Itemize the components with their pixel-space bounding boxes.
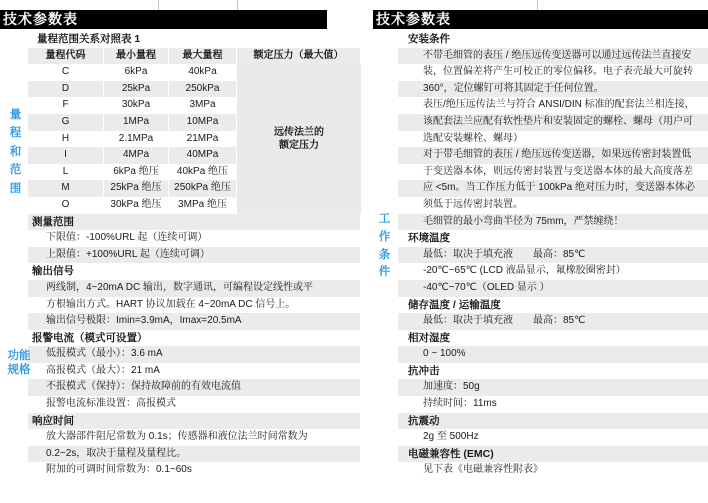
merged-cell-line: 额定压力	[279, 139, 319, 152]
sidebar-label-char: 范	[7, 161, 24, 179]
section-heading: 安装条件	[398, 31, 708, 48]
sidebar-label-line: 功能	[4, 349, 34, 363]
sidebar-label-char: 件	[376, 264, 393, 282]
range-table-header-cell: 额定压力（最大值）	[236, 48, 360, 65]
spec-line: 高报模式（最大）：21 mA	[28, 363, 360, 380]
spec-line: 表压/绝压远传法兰与符合 ANSI/DIN 标准的配套法兰相连接，	[398, 97, 708, 114]
range-table-cell: F	[28, 97, 103, 114]
section-heading: 环境温度	[398, 230, 708, 247]
spec-line: 见下表《电磁兼容性附表》	[398, 462, 708, 479]
spec-line: 附加的可调时间常数为：0.1~60s	[28, 462, 360, 479]
range-table-cell: 6kPa	[103, 64, 168, 81]
range-table-header-cell: 量程代码	[28, 48, 103, 65]
merged-cell-line: 远传法兰的	[274, 126, 324, 139]
section-heading: 电磁兼容性 (EMC)	[398, 446, 708, 463]
range-table-cell: 30kPa 绝压	[103, 197, 168, 214]
range-table-cell: 30kPa	[103, 97, 168, 114]
range-table-cell: 40MPa	[168, 147, 236, 164]
spec-line: 于变送器本体，则远传密封装置与变送器本体的最大高度落差	[398, 164, 708, 181]
spec-line: 两线制，4~20mA DC 输出，数字通讯，可编程设定线性或平	[28, 280, 360, 297]
spec-line: 对于带毛细管的表压 / 绝压远传变送器，如果远传密封装置低	[398, 147, 708, 164]
spec-line: -40℃~70℃（OLED 显示 ）	[398, 280, 708, 297]
section-heading: 抗冲击	[398, 363, 708, 380]
spec-line: 360°，定位螺钉可将其固定于任何位置。	[398, 81, 708, 98]
range-table-cell: 25kPa 绝压	[103, 180, 168, 197]
left-panel-title-bar: 技术参数表	[0, 10, 327, 29]
range-table-cell: 10MPa	[168, 114, 236, 131]
range-table-cell: 1MPa	[103, 114, 168, 131]
spec-line: 毛细管的最小弯曲半径为 75mm，严禁缠绕！	[398, 214, 708, 231]
spec-line: 0.2~2s，取决于量程及量程比。	[28, 446, 360, 463]
spec-line: 最低：取决于填充液 最高：85℃	[398, 247, 708, 264]
section-heading: 测量范围	[28, 214, 360, 231]
range-table-header-cell: 最小量程	[103, 48, 168, 65]
right-spec-panel: 技术参数表 安装条件不带毛细管的表压 / 绝压远传变送器可以通过远传法兰直接安装…	[373, 10, 708, 479]
grid-line-stub	[158, 0, 159, 10]
spec-line: 2g 至 500Hz	[398, 429, 708, 446]
range-table-cell: 25kPa	[103, 81, 168, 98]
range-table-cell: H	[28, 131, 103, 148]
range-table-cell: O	[28, 197, 103, 214]
grid-line-stub	[537, 0, 538, 10]
range-table-cell: M	[28, 180, 103, 197]
section-heading: 抗震动	[398, 413, 708, 430]
range-table-caption: 量程范围关系对照表 1	[28, 31, 360, 48]
sidebar-label-char: 作	[376, 229, 393, 247]
sidebar-label-working-conditions: 工作条件	[376, 211, 393, 282]
spec-line: 低报模式（最小）：3.6 mA	[28, 346, 360, 363]
sidebar-label-char: 程	[7, 124, 24, 142]
spec-line: 不报模式（保持）：保持故障前的有效电流值	[28, 379, 360, 396]
left-panel-title: 技术参数表	[3, 11, 78, 27]
range-table-header-row: 量程代码最小量程最大量程额定压力（最大值）	[28, 48, 360, 65]
spec-line: 持续时间：11ms	[398, 396, 708, 413]
spec-line: 下限值：-100%URL 起（连续可调）	[28, 230, 360, 247]
section-heading: 响应时间	[28, 413, 360, 430]
range-table-cell: L	[28, 164, 103, 181]
left-spec-panel: 技术参数表 量程范围关系对照表 1量程代码最小量程最大量程额定压力（最大值）C6…	[0, 10, 360, 479]
range-table-cell: 3MPa 绝压	[168, 197, 236, 214]
spec-line: 方根输出方式。HART 协议加载在 4~20mA DC 信号上。	[28, 297, 360, 314]
sidebar-label-char: 和	[7, 143, 24, 161]
range-table-cell: C	[28, 64, 103, 81]
sidebar-label-char: 量	[7, 106, 24, 124]
spec-line: -20℃~65℃ (LCD 液晶显示，氟橡胶圈密封）	[398, 263, 708, 280]
range-table-cell: 2.1MPa	[103, 131, 168, 148]
sidebar-label-functional-specs: 功能规格	[4, 349, 34, 377]
right-panel-title: 技术参数表	[376, 11, 451, 27]
spec-line: 输出信号极限：Imin=3.9mA，Imax=20.5mA	[28, 313, 360, 330]
sidebar-label-char: 围	[7, 180, 24, 198]
range-table-cell: 40kPa	[168, 64, 236, 81]
sidebar-label-char: 工	[376, 211, 393, 229]
range-table-cell: 6kPa 绝压	[103, 164, 168, 181]
range-table-cell: G	[28, 114, 103, 131]
range-table-cell: I	[28, 147, 103, 164]
spec-line: 应 <5m。当工作压力低于 100kPa 绝对压力时，变送器本体必	[398, 180, 708, 197]
section-heading: 相对湿度	[398, 330, 708, 347]
spec-line: 该配套法兰应配有软性垫片和安装固定的螺栓、螺母（用户可	[398, 114, 708, 131]
spec-line: 选配安装螺栓、螺母）	[398, 131, 708, 148]
spec-line: 不带毛细管的表压 / 绝压远传变送器可以通过远传法兰直接安	[398, 48, 708, 65]
sidebar-label-char: 条	[376, 247, 393, 265]
sidebar-label-line: 规格	[4, 363, 34, 377]
right-panel-content: 安装条件不带毛细管的表压 / 绝压远传变送器可以通过远传法兰直接安装，位置偏差将…	[398, 31, 708, 479]
spec-line: 装，位置偏差将产生可校正的零位偏移。电子表壳最大可旋转	[398, 64, 708, 81]
grid-line-stub	[237, 0, 238, 10]
range-table-cell: 250kPa 绝压	[168, 180, 236, 197]
spec-line: 放大器部件阻尼常数为 0.1s；传感器和液位法兰时间常数为	[28, 429, 360, 446]
section-heading: 输出信号	[28, 263, 360, 280]
range-table-cell: 4MPa	[103, 147, 168, 164]
right-panel-title-bar: 技术参数表	[373, 10, 708, 29]
spec-line: 上限值：+100%URL 起（连续可调）	[28, 247, 360, 264]
range-table-cell: 40kPa 绝压	[168, 164, 236, 181]
section-heading: 储存温度 / 运输温度	[398, 297, 708, 314]
sidebar-label-range-and-span: 量程和范围	[7, 106, 24, 198]
range-table-cell: 250kPa	[168, 81, 236, 98]
spec-line: 加速度：50g	[398, 379, 708, 396]
spec-line: 最低：取决于填充液 最高：85℃	[398, 313, 708, 330]
range-table-header-cell: 最大量程	[168, 48, 236, 65]
range-table-cell: 21MPa	[168, 131, 236, 148]
section-heading: 报警电流（模式可设置）	[28, 330, 360, 347]
left-panel-content: 量程范围关系对照表 1量程代码最小量程最大量程额定压力（最大值）C6kPa40k…	[28, 31, 360, 479]
spec-line: 须低于远传密封装置。	[398, 197, 708, 214]
range-table-cell: 3MPa	[168, 97, 236, 114]
spec-line: 0 ~ 100%	[398, 346, 708, 363]
spec-line: 报警电流标准设置：高报模式	[28, 396, 360, 413]
rated-pressure-merged-cell: 远传法兰的额定压力	[236, 64, 361, 213]
range-table-cell: D	[28, 81, 103, 98]
